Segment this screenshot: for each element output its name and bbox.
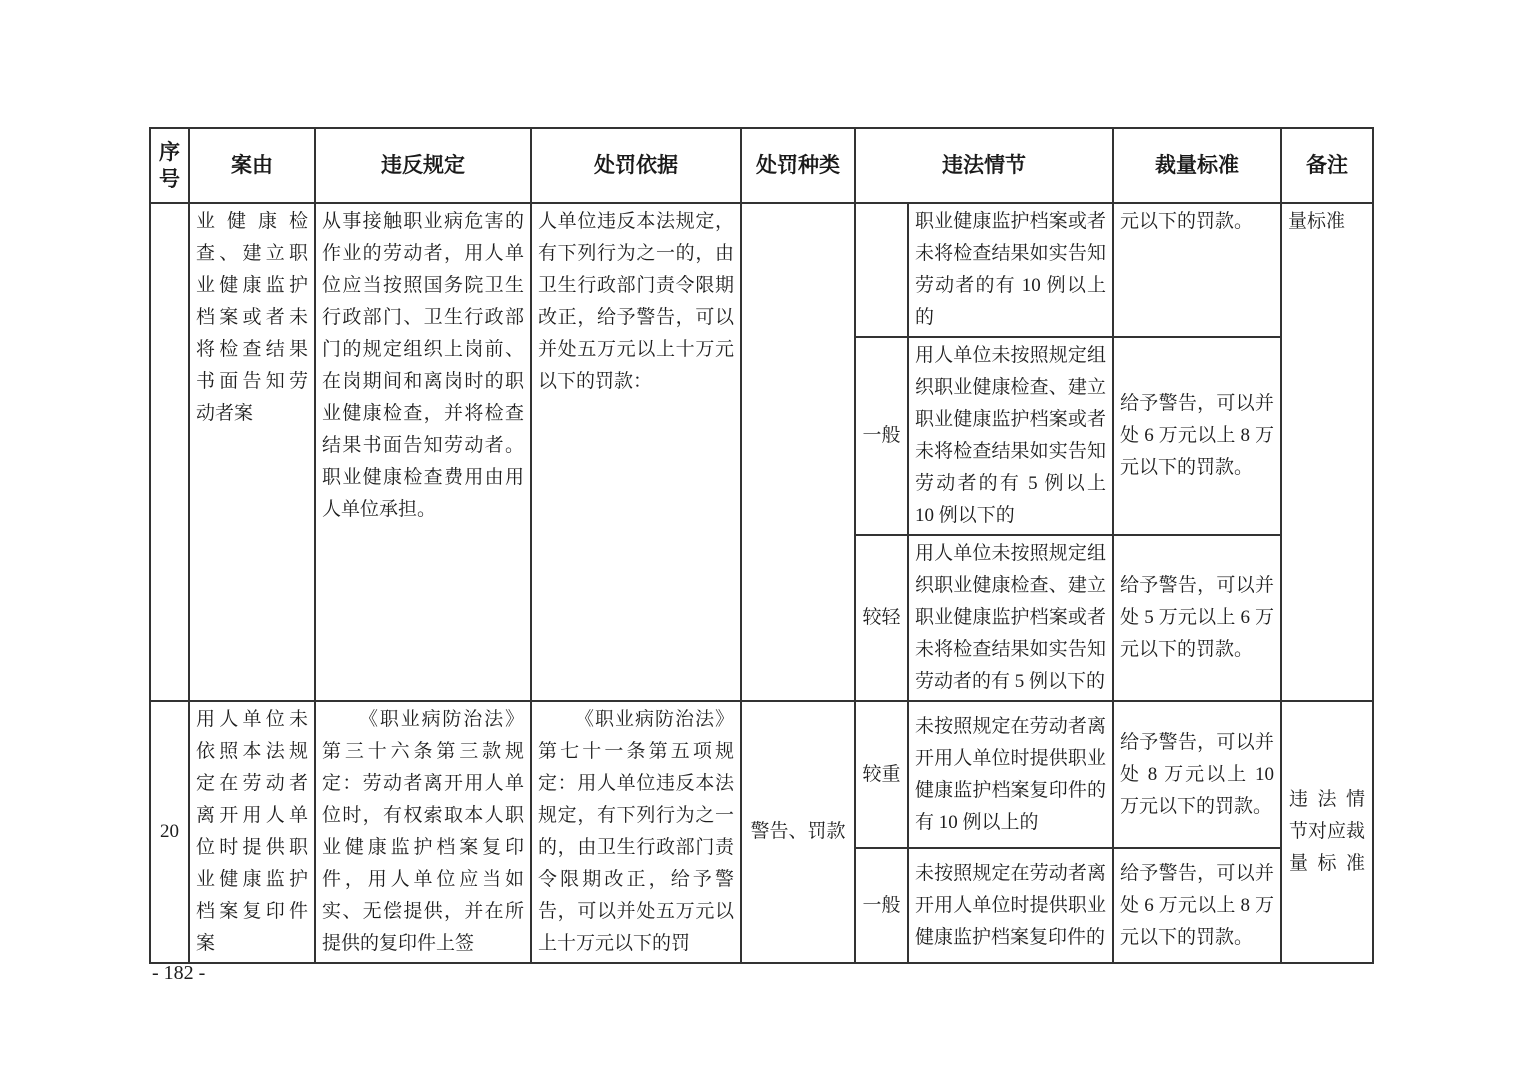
cell-severity: 较重 (855, 701, 908, 848)
col-header-violation-circumstance: 违法情节 (855, 128, 1113, 203)
table-row: 业健康检查、建立职业健康监护档案或者未将检查结果书面告知劳动者案 从事接触职业病… (150, 203, 1373, 337)
cell-standard: 给予警告，可以并处 8 万元以上 10 万元以下的罚款。 (1113, 701, 1281, 848)
cell-circumstance: 用人单位未按照规定组织职业健康检查、建立职业健康监护档案或者未将检查结果如实告知… (908, 535, 1113, 701)
cell-penalty-basis: 人单位违反本法规定，有下列行为之一的，由卫生行政部门责令限期改正，给予警告，可以… (531, 203, 741, 701)
cell-violated-provision: 《职业病防治法》第三十六条第三款规定：劳动者离开用人单位时，有权索取本人职业健康… (315, 701, 531, 963)
page-number: - 182 - (152, 962, 205, 985)
col-header-penalty-type: 处罚种类 (741, 128, 855, 203)
cell-cause: 业健康检查、建立职业健康监护档案或者未将检查结果书面告知劳动者案 (189, 203, 315, 701)
cell-severity: 较轻 (855, 535, 908, 701)
document-page: 序号 案由 违反规定 处罚依据 处罚种类 违法情节 裁量标准 备注 业健康检查、… (0, 0, 1520, 1074)
cell-severity (855, 203, 908, 337)
col-header-discretion-standard: 裁量标准 (1113, 128, 1281, 203)
cell-circumstance: 职业健康监护档案或者未将检查结果如实告知劳动者的有 10 例以上的 (908, 203, 1113, 337)
cell-remark: 违法情 节对应裁 量标准 (1281, 701, 1373, 963)
cell-circumstance: 用人单位未按照规定组织职业健康检查、建立职业健康监护档案或者未将检查结果如实告知… (908, 337, 1113, 535)
table-row: 20 用人单位未依照本法规定在劳动者离开用人单位时提供职业健康监护档案复印件案 … (150, 701, 1373, 848)
col-header-violated-provision: 违反规定 (315, 128, 531, 203)
col-header-cause: 案由 (189, 128, 315, 203)
col-header-penalty-basis: 处罚依据 (531, 128, 741, 203)
cell-standard: 给予警告，可以并处 6 万元以上 8 万元以下的罚款。 (1113, 337, 1281, 535)
cell-remark: 量标准 (1281, 203, 1373, 701)
cell-circumstance: 未按照规定在劳动者离开用人单位时提供职业健康监护档案复印件的有 10 例以上的 (908, 701, 1113, 848)
col-header-remark: 备注 (1281, 128, 1373, 203)
cell-standard: 给予警告，可以并处 6 万元以上 8 万元以下的罚款。 (1113, 848, 1281, 963)
col-header-serial-number: 序号 (150, 128, 189, 203)
cell-cause: 用人单位未依照本法规定在劳动者离开用人单位时提供职业健康监护档案复印件案 (189, 701, 315, 963)
cell-violated-provision: 从事接触职业病危害的作业的劳动者，用人单位应当按照国务院卫生行政部门、卫生行政部… (315, 203, 531, 701)
cell-penalty-type: 警告、罚款 (741, 701, 855, 963)
cell-standard: 给予警告，可以并处 5 万元以上 6 万元以下的罚款。 (1113, 535, 1281, 701)
cell-standard: 元以下的罚款。 (1113, 203, 1281, 337)
cell-penalty-type (741, 203, 855, 701)
cell-severity: 一般 (855, 337, 908, 535)
cell-circumstance: 未按照规定在劳动者离开用人单位时提供职业健康监护档案复印件的 (908, 848, 1113, 963)
table-header-row: 序号 案由 违反规定 处罚依据 处罚种类 违法情节 裁量标准 备注 (150, 128, 1373, 203)
cell-severity: 一般 (855, 848, 908, 963)
cell-case-number (150, 203, 189, 701)
cell-penalty-basis: 《职业病防治法》第七十一条第五项规定：用人单位违反本法规定，有下列行为之一的，由… (531, 701, 741, 963)
cell-case-number: 20 (150, 701, 189, 963)
penalty-discretion-table: 序号 案由 违反规定 处罚依据 处罚种类 违法情节 裁量标准 备注 业健康检查、… (149, 127, 1374, 964)
